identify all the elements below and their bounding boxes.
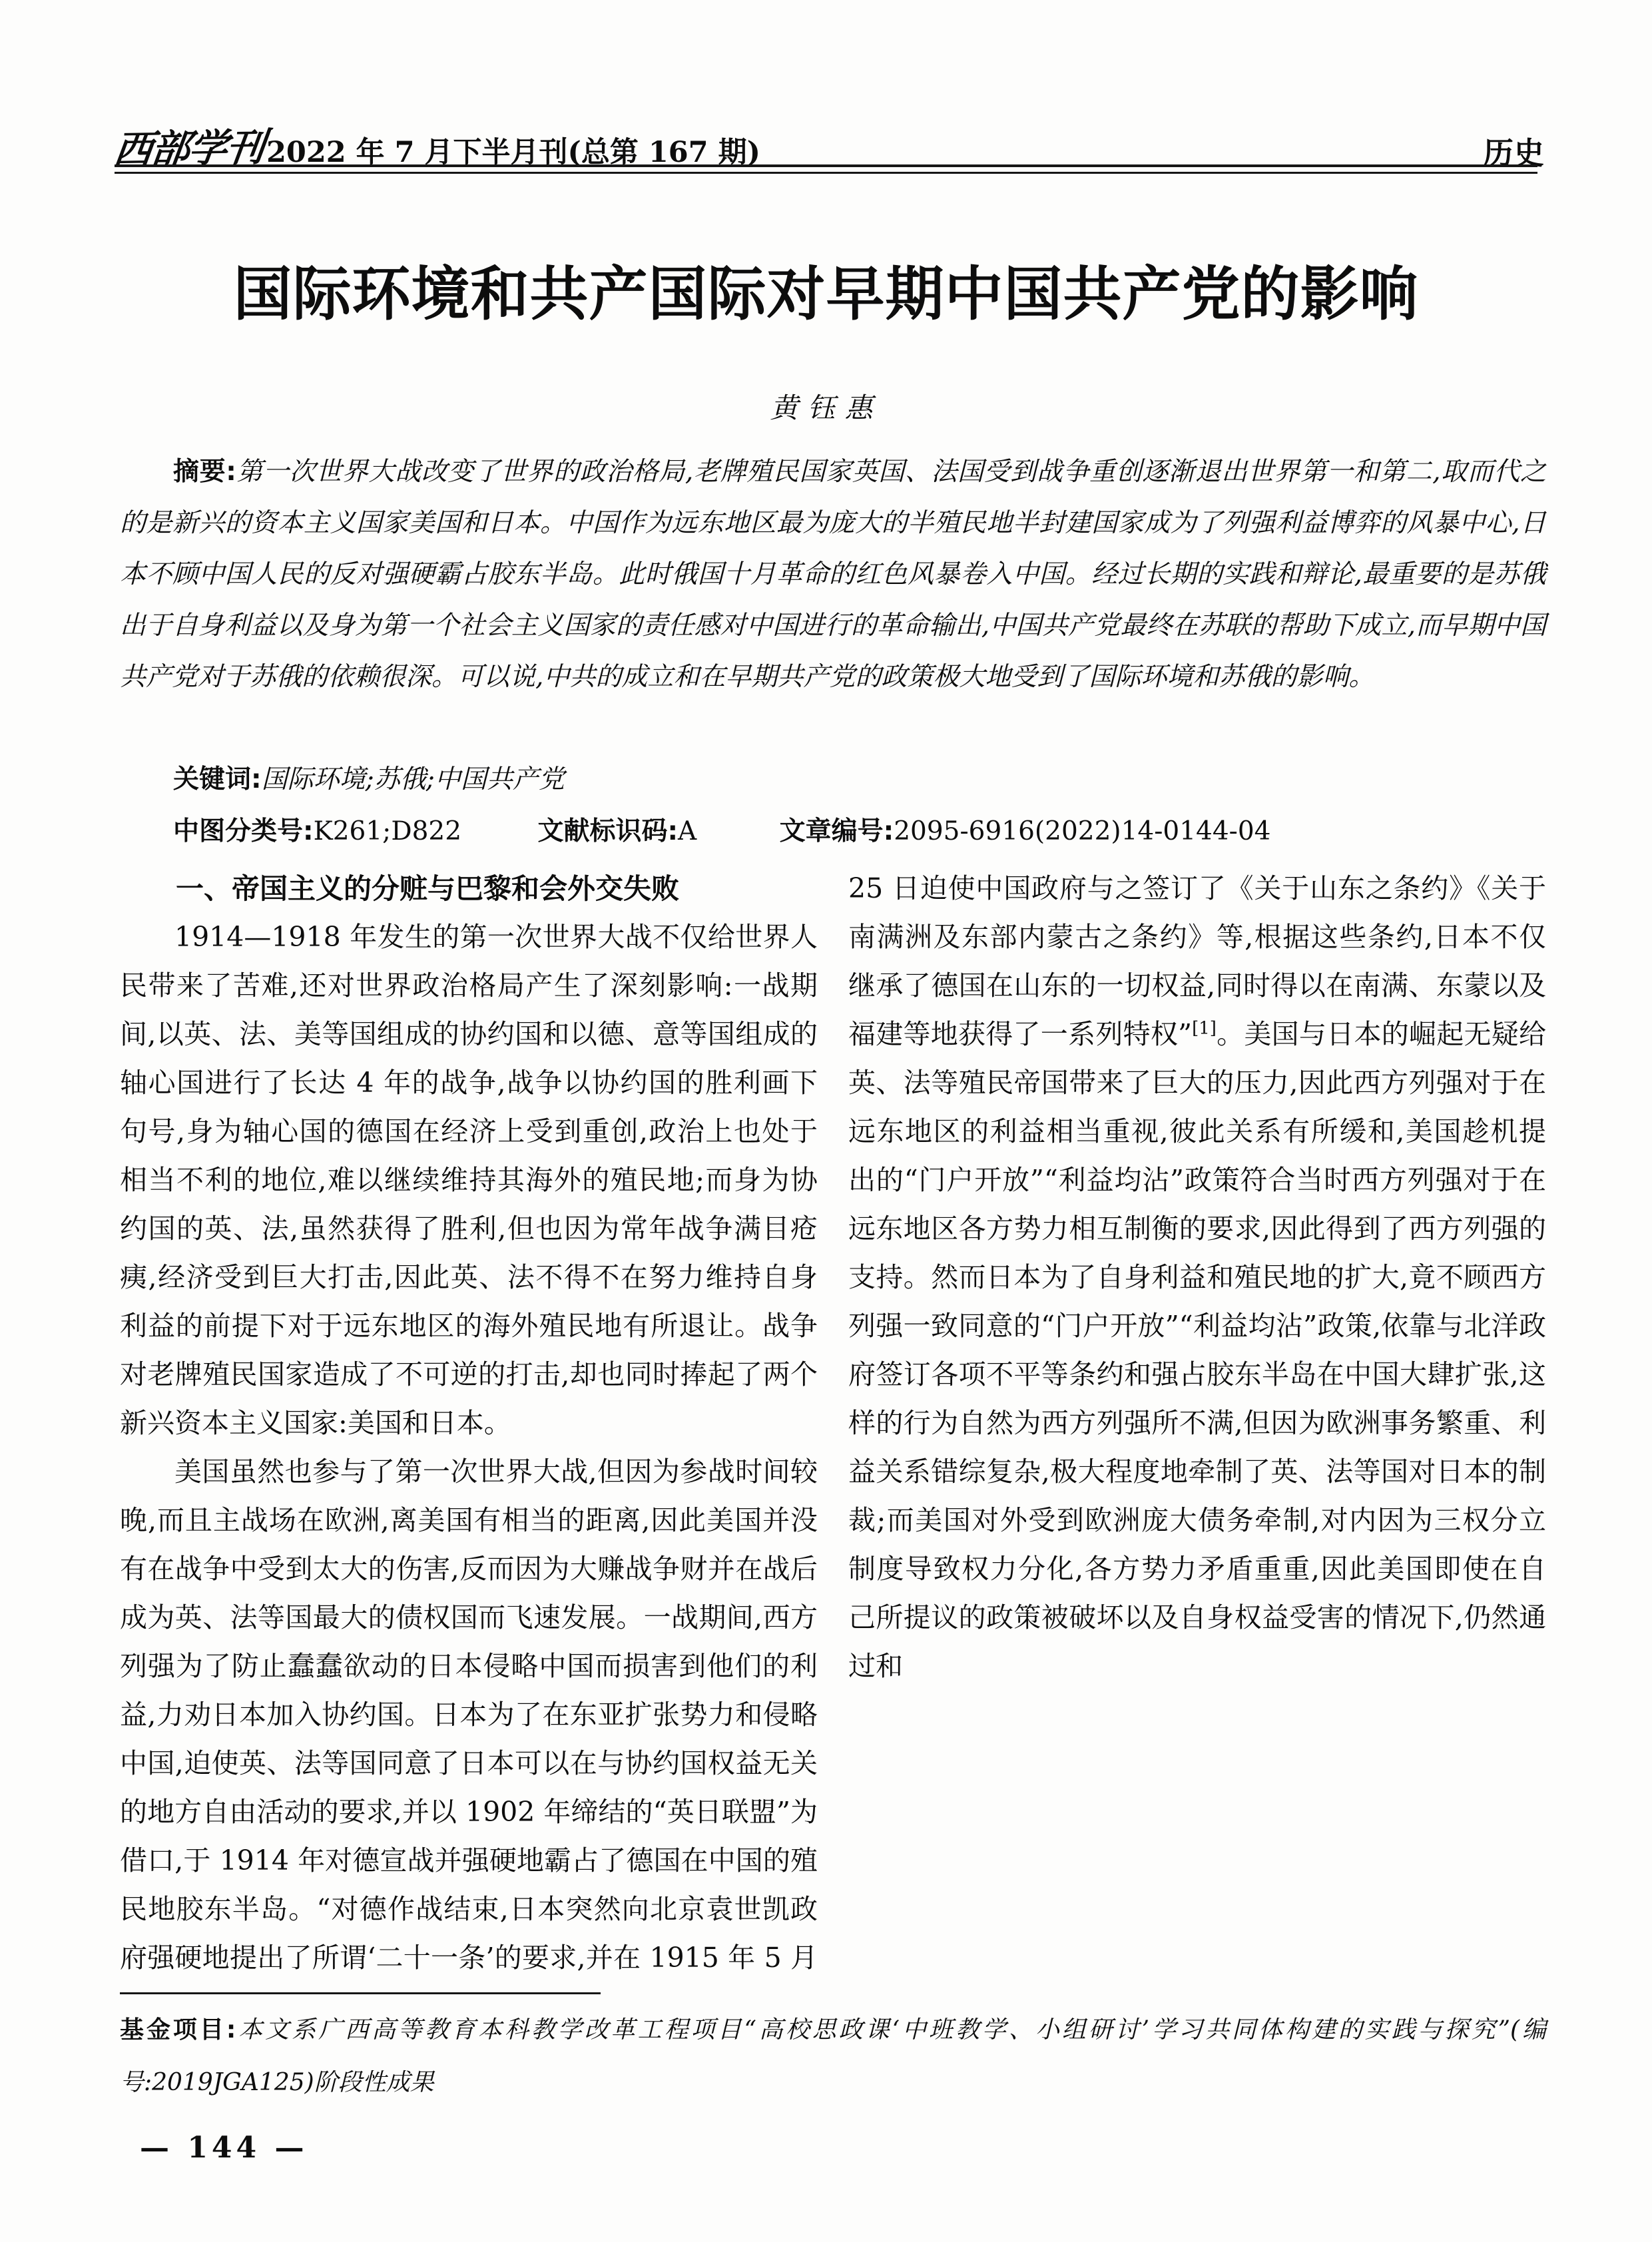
article-id-label: 文章编号:	[780, 816, 894, 846]
footnote-rule	[120, 1992, 601, 1994]
clc-segment: 中图分类号:K261;D822	[173, 816, 461, 846]
abstract-text: 第一次世界大战改变了世界的政治格局,老牌殖民国家英国、法国受到战争重创逐渐退出世…	[120, 457, 1546, 692]
body-paragraph-1: 1914—1918 年发生的第一次世界大战不仅给世界人民带来了苦难,还对世界政治…	[120, 913, 818, 1448]
journal-scan-page: 西部学刊 2022 年 7 月下半月刊(总第 167 期) 历史 国际环境和共产…	[0, 0, 1652, 2242]
keywords-text: 国际环境;苏俄;中国共产党	[262, 764, 565, 794]
body-paragraph-2-text-b: 。美国与日本的崛起无疑给英、法等殖民帝国带来了巨大的压力,因此西方列强对于在远东…	[848, 1018, 1546, 1682]
article-title: 国际环境和共产国际对早期中国共产党的影响	[0, 248, 1652, 332]
page-number: — 144 —	[140, 2131, 308, 2165]
article-id-value: 2095-6916(2022)14-0144-04	[894, 816, 1270, 846]
article-author: 黄钰惠	[0, 386, 1652, 426]
citation-ref-1: [1]	[1192, 1018, 1217, 1038]
abstract-paragraph: 摘要:第一次世界大战改变了世界的政治格局,老牌殖民国家英国、法国受到战争重创逐渐…	[120, 446, 1546, 702]
funding-footnote: 基金项目:本文系广西高等教育本科教学改革工程项目“高校思政课‘中班教学、小组研讨…	[120, 1992, 1546, 2109]
keywords-label: 关键词:	[173, 764, 262, 794]
clc-value: K261;D822	[314, 816, 461, 846]
funding-note: 基金项目:本文系广西高等教育本科教学改革工程项目“高校思政课‘中班教学、小组研讨…	[120, 2004, 1546, 2109]
section-1-heading: 一、帝国主义的分赃与巴黎和会外交失败	[120, 864, 818, 913]
funding-text: 本文系广西高等教育本科教学改革工程项目“高校思政课‘中班教学、小组研讨’学习共同…	[120, 2016, 1546, 2096]
clc-label: 中图分类号:	[173, 816, 314, 846]
classification-line: 中图分类号:K261;D822 文献标识码:A 文章编号:2095-6916(2…	[120, 806, 1546, 857]
funding-label: 基金项目:	[120, 2016, 236, 2044]
doc-code-label: 文献标识码:	[537, 816, 678, 846]
article-body-two-columns: 一、帝国主义的分赃与巴黎和会外交失败 1914—1918 年发生的第一次世界大战…	[120, 864, 1546, 1988]
keywords-line: 关键词:国际环境;苏俄;中国共产党	[120, 754, 1546, 805]
header-double-rule	[115, 164, 1537, 174]
article-id-segment: 文章编号:2095-6916(2022)14-0144-04	[780, 816, 1271, 846]
doc-code-value: A	[678, 816, 696, 846]
doc-code-segment: 文献标识码:A	[537, 816, 696, 846]
abstract-label: 摘要:	[173, 457, 236, 487]
